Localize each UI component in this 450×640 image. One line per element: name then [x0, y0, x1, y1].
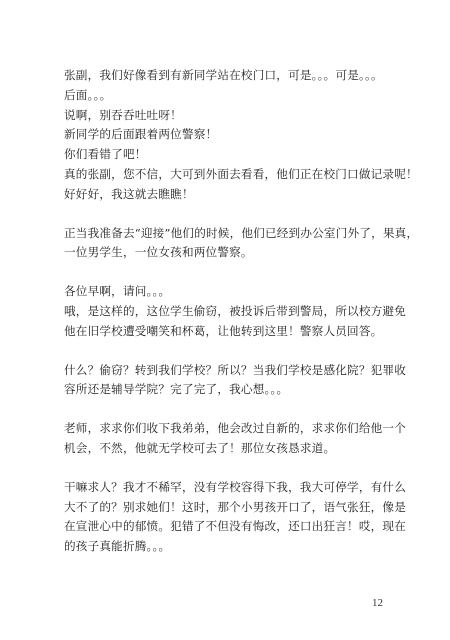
paragraph-5: 老师，求求你们收下我弟弟，他会改过自新的，求求你们给他一个 机会，不然，他就无学… — [64, 419, 394, 459]
paragraph-2: 正当我准备去“迎接”他们的时候，他们已经到办公室门外了，果真， 一位男学生，一位… — [64, 224, 394, 264]
text-line: 哦，是这样的，这位学生偷窃，被投诉后带到警局，所以校方避免 — [64, 302, 394, 322]
paragraph-1: 张副，我们好像看到有新同学站在校门口，可是。。。可是。。。 后面。。。 说啊，别… — [64, 66, 394, 205]
text-line: 老师，求求你们收下我弟弟，他会改过自新的，求求你们给他一个 — [64, 419, 394, 439]
paragraph-spacer — [64, 342, 394, 361]
text-line: 一位男学生，一位女孩和两位警察。 — [64, 243, 394, 263]
page-number: 12 — [372, 597, 383, 609]
text-line: 真的张副，您不信，大可到外面去看看，他们正在校门口做记录呢！ — [64, 165, 394, 185]
paragraph-3: 各位早啊，请问。。。 哦，是这样的，这位学生偷窃，被投诉后带到警局，所以校方避免… — [64, 282, 394, 341]
text-line: 在宣泄心中的郁愤。犯错了不但没有悔改，还口出狂言！哎，现在 — [64, 517, 394, 537]
text-line: 你们看错了吧！ — [64, 145, 394, 165]
paragraph-4: 什么？偷窃？转到我们学校？所以？当我们学校是感化院？犯罪收 容所还是辅导学院？完… — [64, 361, 394, 401]
text-line: 后面。。。 — [64, 86, 394, 106]
text-line: 容所还是辅导学院？完了完了，我心想。。。 — [64, 380, 394, 400]
paragraph-spacer — [64, 205, 394, 224]
text-line: 说啊，别吞吞吐吐呀！ — [64, 106, 394, 126]
text-line: 的孩子真能折腾。。。 — [64, 537, 394, 557]
text-line: 张副，我们好像看到有新同学站在校门口，可是。。。可是。。。 — [64, 66, 394, 86]
text-line: 新同学的后面跟着两位警察！ — [64, 125, 394, 145]
text-line: 好好好，我这就去瞧瞧！ — [64, 185, 394, 205]
document-page: 张副，我们好像看到有新同学站在校门口，可是。。。可是。。。 后面。。。 说啊，别… — [0, 0, 450, 640]
paragraph-6: 干嘛求人？我才不稀罕，没有学校容得下我，我大可停学，有什么 大不了的？别求她们！… — [64, 478, 394, 557]
text-line: 机会，不然，他就无学校可去了！那位女孩恳求道。 — [64, 439, 394, 459]
text-line: 他在旧学校遭受嘲笑和杯葛，让他转到这里！警察人员回答。 — [64, 322, 394, 342]
text-line: 干嘛求人？我才不稀罕，没有学校容得下我，我大可停学，有什么 — [64, 478, 394, 498]
body-text: 张副，我们好像看到有新同学站在校门口，可是。。。可是。。。 后面。。。 说啊，别… — [64, 66, 394, 557]
paragraph-spacer — [64, 459, 394, 478]
text-line: 什么？偷窃？转到我们学校？所以？当我们学校是感化院？犯罪收 — [64, 361, 394, 381]
text-line: 各位早啊，请问。。。 — [64, 282, 394, 302]
text-line: 正当我准备去“迎接”他们的时候，他们已经到办公室门外了，果真， — [64, 224, 394, 244]
paragraph-spacer — [64, 263, 394, 282]
paragraph-spacer — [64, 400, 394, 419]
text-line: 大不了的？别求她们！这时，那个小男孩开口了，语气张狂，像是 — [64, 498, 394, 518]
